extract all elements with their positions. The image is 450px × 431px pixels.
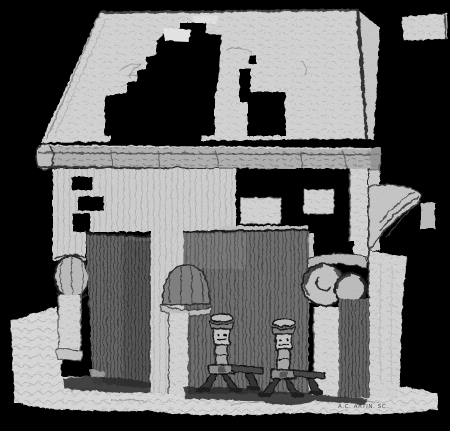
engraving-fireplace: A.C. ARTIN. SC.	[0, 0, 450, 431]
engraver-signature: A.C. ARTIN. SC.	[338, 404, 418, 410]
engraving-canvas	[0, 0, 450, 431]
paper-grain-overlay	[0, 0, 450, 431]
